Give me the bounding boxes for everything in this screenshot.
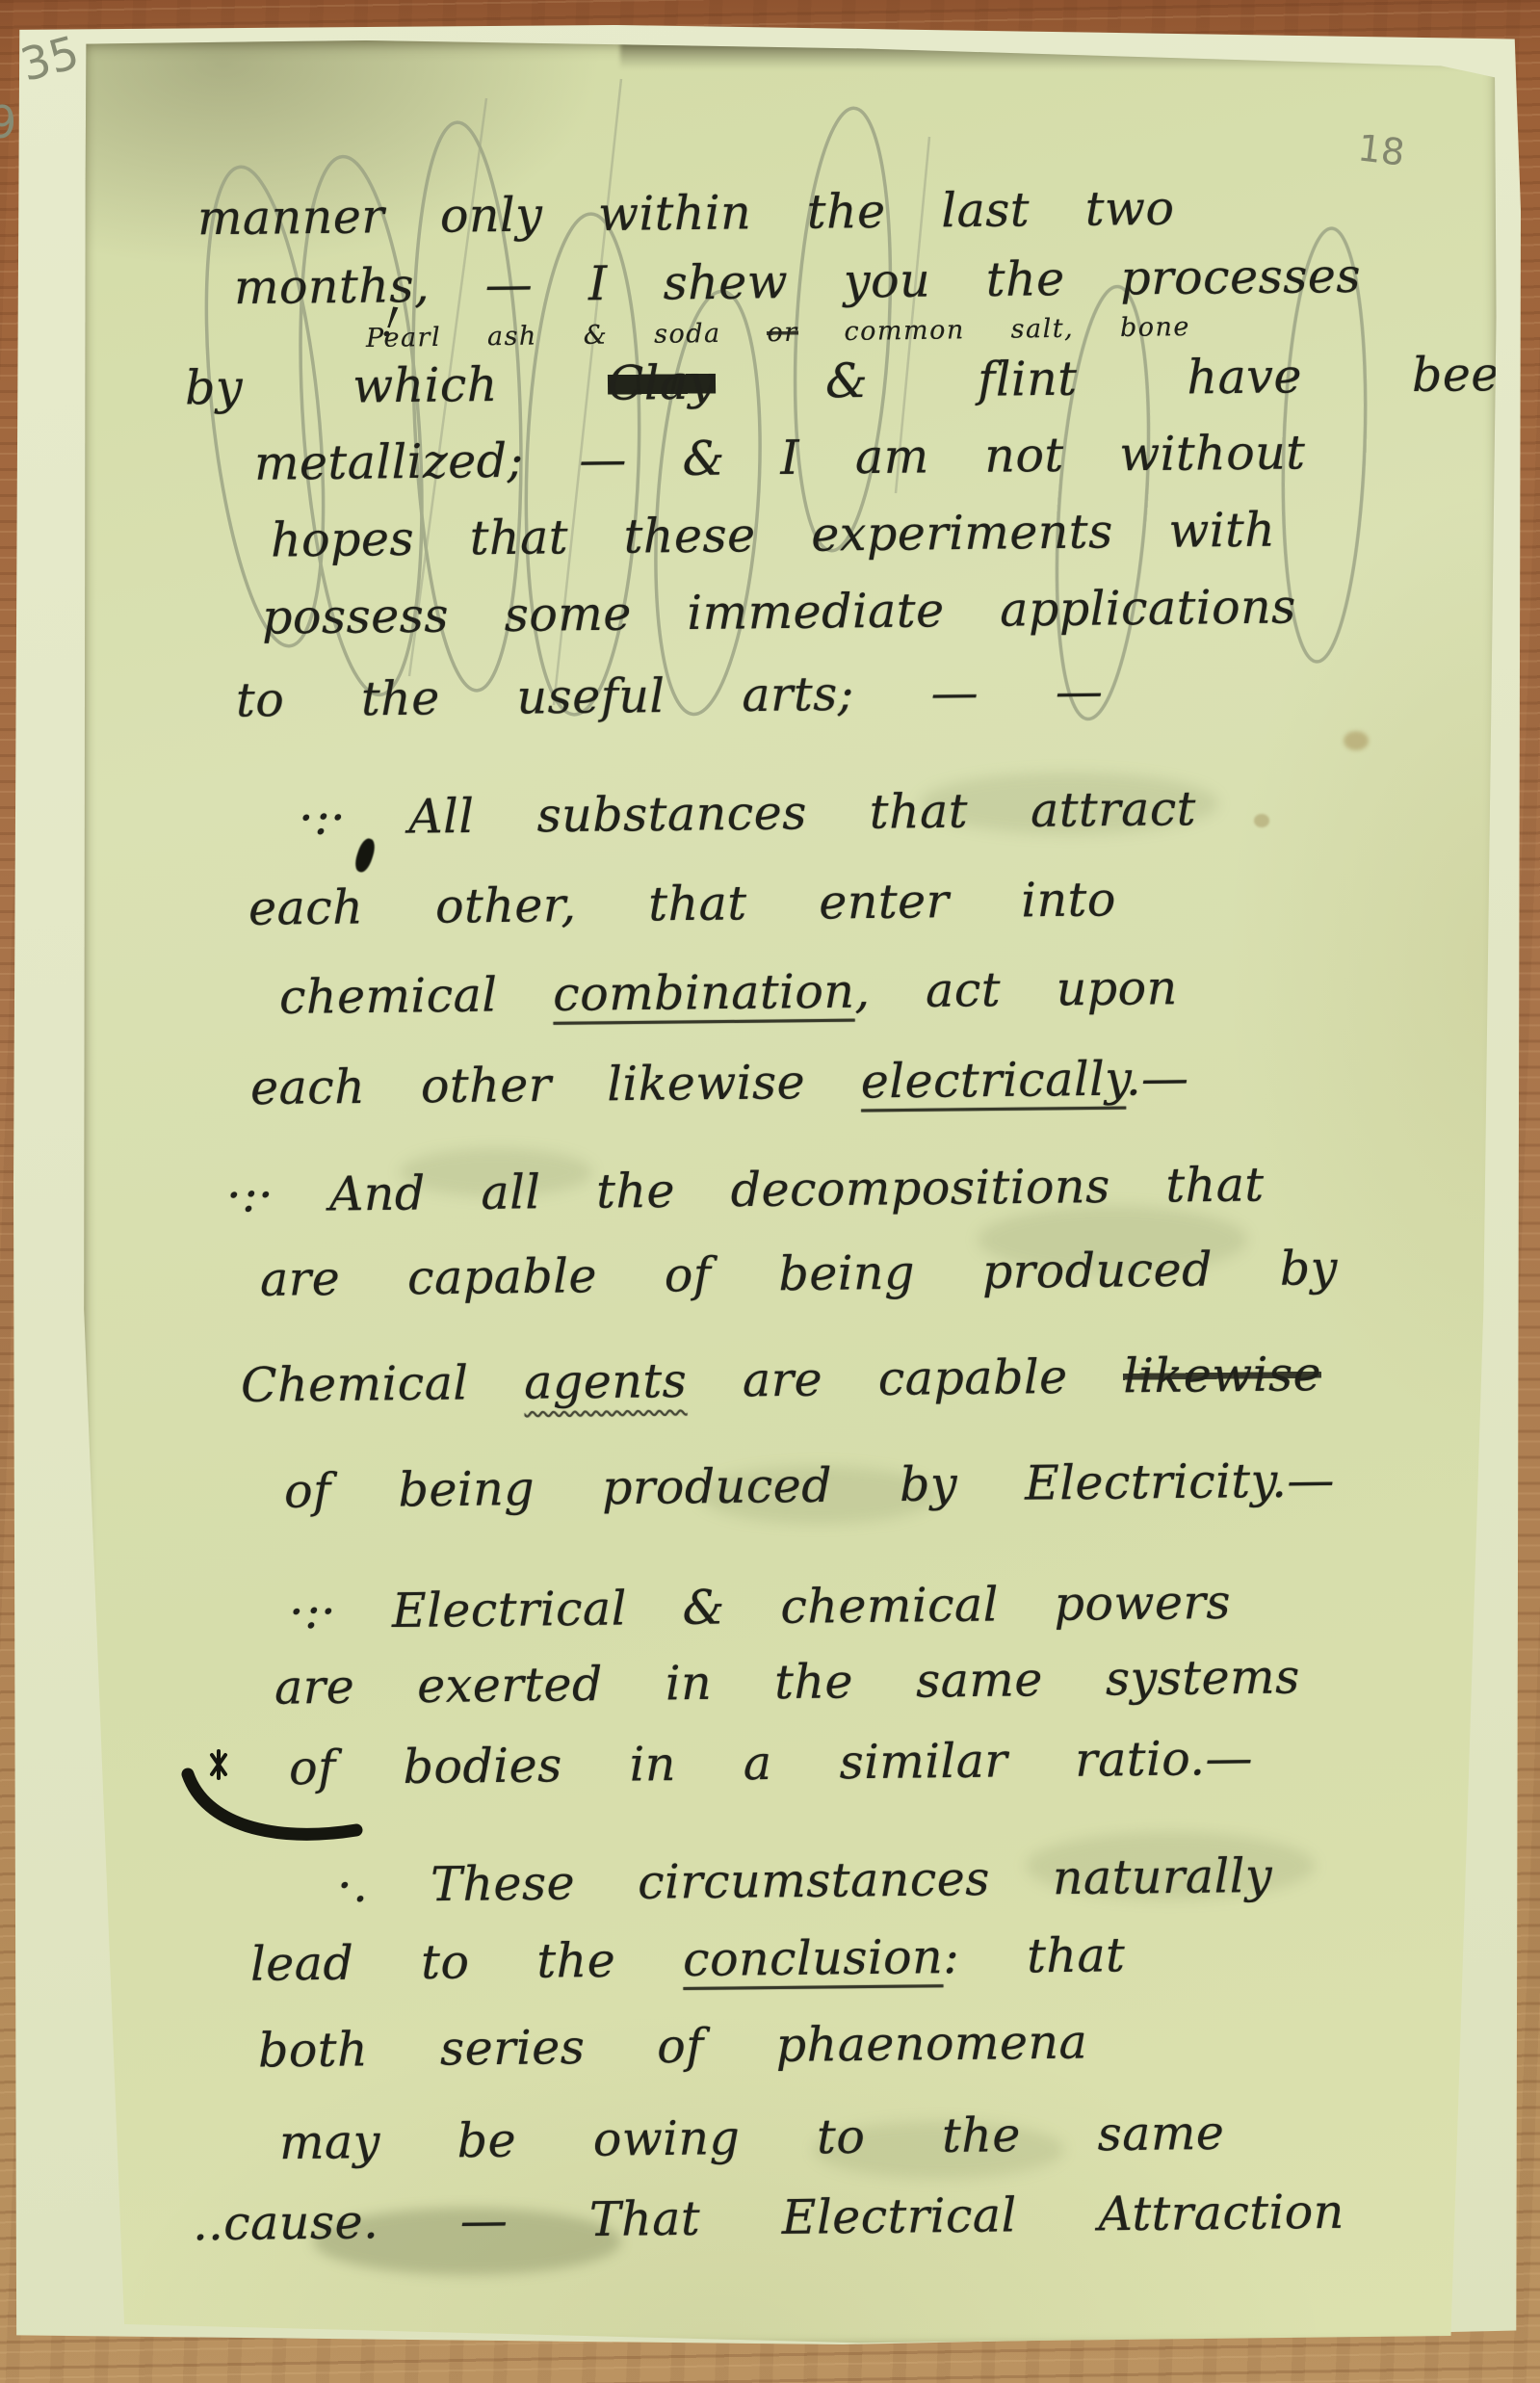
underlined-word: electrically bbox=[861, 1052, 1127, 1110]
handwritten-line: of being produced by Electricity.— bbox=[284, 1453, 1335, 1518]
manuscript-scan: 35 9 18 bbox=[0, 0, 1540, 2383]
handwritten-line: to the useful arts; — — bbox=[236, 664, 1104, 727]
handwritten-line: chemical combination, act upon bbox=[279, 960, 1178, 1025]
handwritten-line: months, — I shew you the processes bbox=[234, 249, 1362, 315]
struck-word: or bbox=[767, 318, 798, 348]
handwritten-line: each other, that enter into bbox=[248, 872, 1116, 935]
handwritten-line: hopes that these experiments with bbox=[271, 503, 1276, 568]
stain bbox=[1254, 814, 1269, 827]
underlined-word: combination bbox=[553, 964, 855, 1022]
stain bbox=[1344, 731, 1369, 750]
handwritten-line: Chemical agents are capable likewise bbox=[241, 1347, 1322, 1413]
handwritten-line: both series of phaenomena bbox=[258, 2014, 1088, 2078]
handwritten-line: are exerted in the same systems bbox=[274, 1649, 1300, 1715]
handwritten-line: ·. These circumstances naturally bbox=[337, 1848, 1273, 1913]
handwritten-line: ·:· All substances that attract bbox=[299, 781, 1197, 846]
struck-word: Clay bbox=[608, 355, 717, 411]
handwritten-line: of bodies in a similar ratio.— bbox=[289, 1731, 1254, 1795]
handwritten-line: ·:· Electrical & chemical powers bbox=[289, 1575, 1232, 1639]
handwritten-line: ·:· And all the decompositions that bbox=[226, 1157, 1265, 1222]
underlined-word: conclusion bbox=[683, 1929, 944, 1987]
margin-number-pencil: 9 bbox=[0, 96, 16, 148]
manuscript-page: 18 bbox=[82, 40, 1498, 2347]
handwritten-line: are capable of being produced by bbox=[260, 1241, 1339, 1307]
handwritten-line: manner only within the last two bbox=[197, 181, 1175, 247]
handwritten-line: by which Clay & flint have been bbox=[185, 347, 1498, 416]
handwritten-line: may be owing to the same bbox=[279, 2106, 1225, 2170]
struck-word: likewise bbox=[1123, 1347, 1321, 1403]
page-number-pencil: 18 bbox=[1355, 126, 1406, 174]
handwritten-line: ..cause. — That Electrical Attraction bbox=[193, 2185, 1344, 2252]
underlined-word: agents bbox=[524, 1353, 688, 1410]
interline-insertion: Pearl ash & soda or common salt, bone bbox=[366, 312, 1190, 354]
handwritten-line: lead to the conclusion: that bbox=[250, 1927, 1126, 1992]
handwritten-line: metallized; — & I am not without bbox=[254, 425, 1306, 490]
handwritten-line: possess some immediate applications bbox=[262, 579, 1296, 644]
handwritten-line: each other likewise electrically.— bbox=[250, 1051, 1189, 1115]
